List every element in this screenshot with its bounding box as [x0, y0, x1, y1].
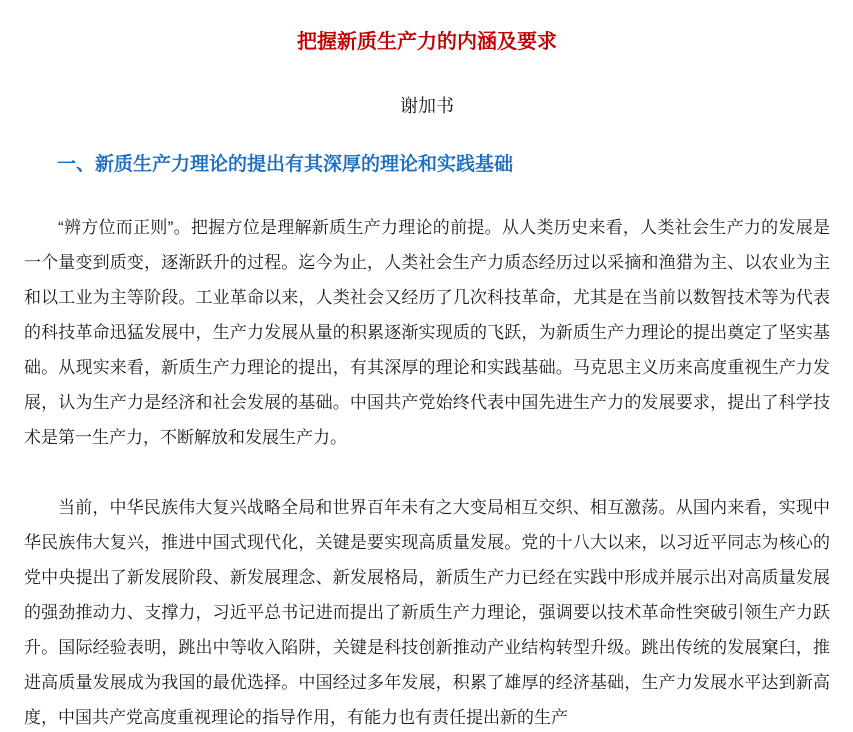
document-title: 把握新质生产力的内涵及要求 [24, 28, 830, 56]
section-heading: 一、新质生产力理论的提出有其深厚的理论和实践基础 [24, 152, 830, 178]
paragraph-2: 当前，中华民族伟大复兴战略全局和世界百年未有之大变局相互交织、相互激荡。从国内来… [24, 490, 830, 732]
paragraph-1: “辨方位而正则”。把握方位是理解新质生产力理论的前提。从人类历史来看，人类社会生… [24, 210, 830, 455]
author-name: 谢加书 [24, 94, 830, 118]
document: 把握新质生产力的内涵及要求 谢加书 一、新质生产力理论的提出有其深厚的理论和实践… [0, 0, 853, 732]
document-page: { "page": { "title": "把握新质生产力的内涵及要求", "a… [0, 0, 853, 732]
